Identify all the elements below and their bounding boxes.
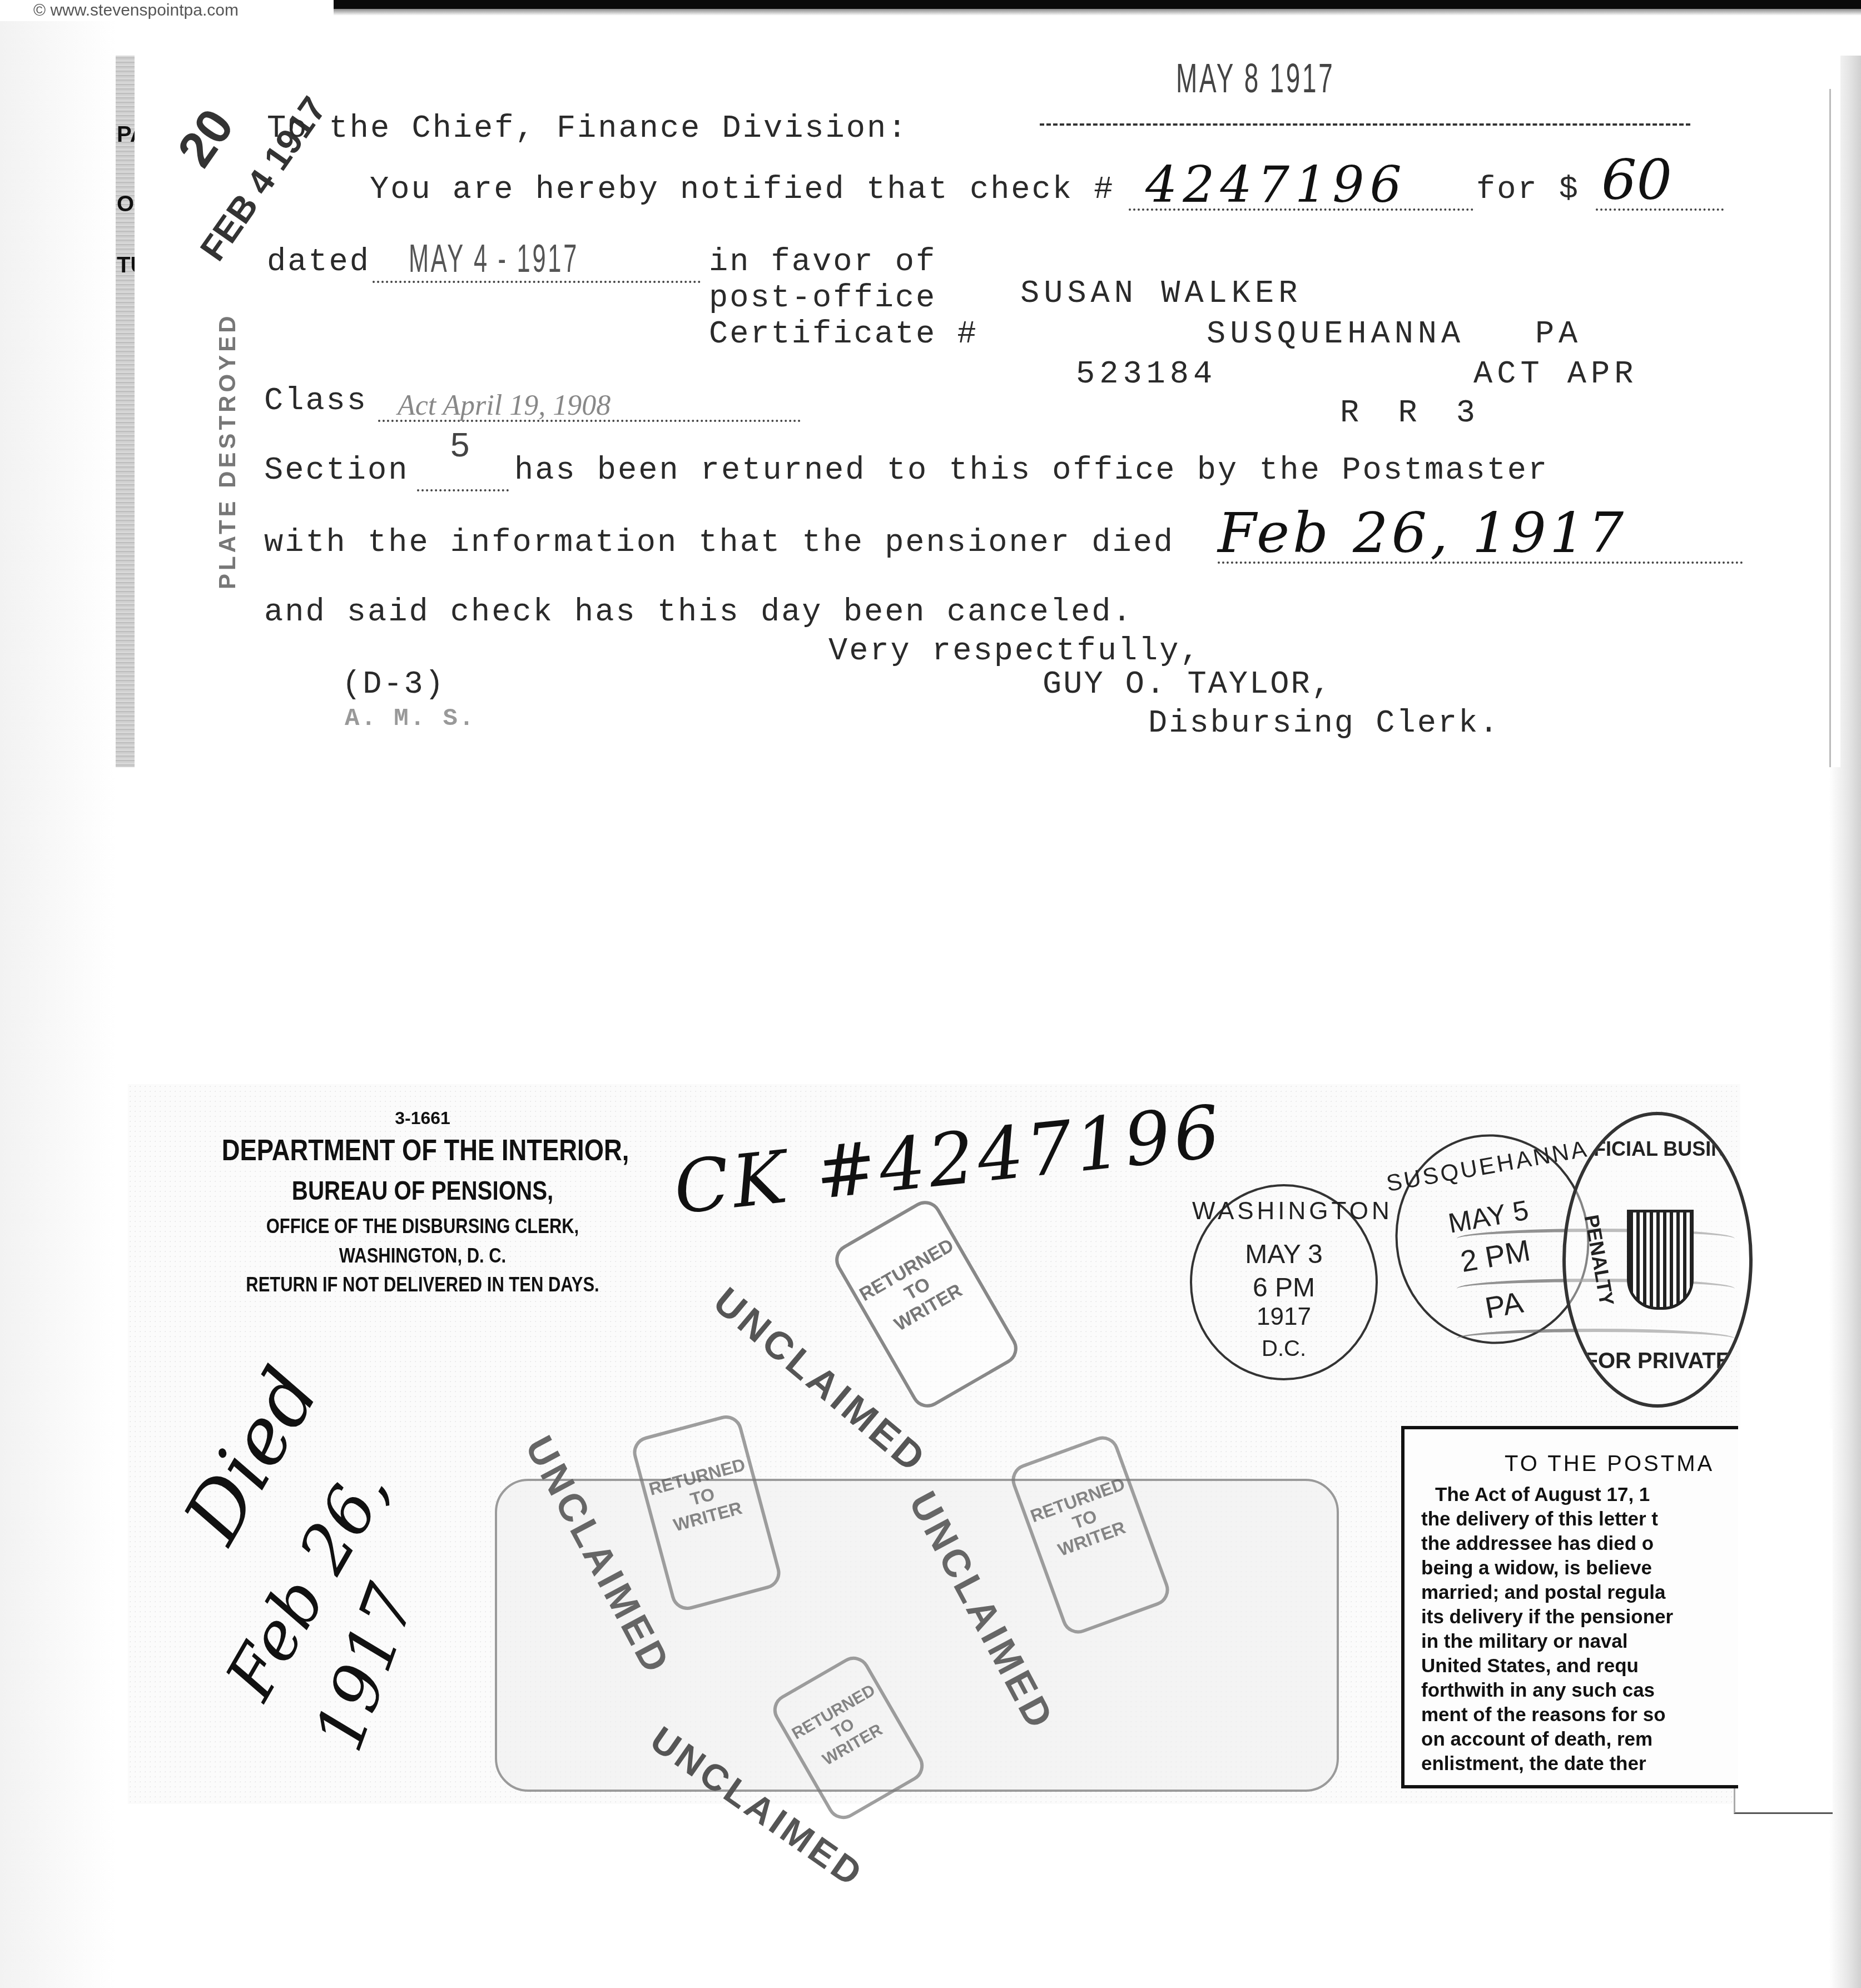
notice-line: ment of the reasons for so <box>1421 1704 1666 1726</box>
certificate-label: Certificate # <box>709 317 978 352</box>
info-text: with the information that the pensioner … <box>264 525 1174 561</box>
envelope-overlap-page <box>1734 1429 1833 1814</box>
seal-side-text: PENALTY <box>1578 1204 1620 1317</box>
notice-line: forthwith in any such cas <box>1421 1679 1655 1702</box>
dated-field <box>373 281 701 283</box>
envelope-return-notice: RETURN IF NOT DELIVERED IN TEN DAYS. <box>217 1273 628 1296</box>
check-number: 4247196 <box>1145 156 1407 214</box>
certificate-number: 523184 <box>1076 357 1217 392</box>
eagle-shield-icon <box>1627 1210 1694 1310</box>
in-favor-of-label: in favor of <box>709 245 936 280</box>
postmark-city: WASHINGTON <box>1192 1197 1376 1225</box>
postmark-state: D.C. <box>1192 1336 1376 1361</box>
notice-line: its delivery if the pensioner <box>1421 1606 1673 1628</box>
notice-line: married; and postal regula <box>1421 1582 1666 1604</box>
class-label: Class <box>264 384 368 419</box>
seal-bottom-text: FOR PRIVATE <box>1566 1349 1749 1374</box>
strip-text: PAI <box>117 122 135 147</box>
death-date-handwritten: Feb 26, 1917 <box>1218 500 1627 565</box>
notice-line: enlistment, the date ther <box>1421 1753 1646 1775</box>
signer-title: Disbursing Clerk. <box>1148 706 1500 742</box>
envelope-bureau: BUREAU OF PENSIONS, <box>222 1176 623 1206</box>
section-field <box>417 489 509 491</box>
header-rule <box>1040 123 1690 126</box>
scanner-top-edge <box>334 0 1861 9</box>
valediction: Very respectfully, <box>828 634 1201 669</box>
plate-destroyed-stamp: PLATE DESTROYED <box>214 312 241 589</box>
dated-value: MAY 4 - 1917 <box>409 236 579 281</box>
envelope-office: OFFICE OF THE DISBURSING CLERK, <box>217 1215 628 1238</box>
returned-text: has been returned to this office by the … <box>514 453 1549 489</box>
typist-initials: A. M. S. <box>345 705 475 733</box>
payee-city-state: SUSQUEHANNA PA <box>1207 317 1582 352</box>
form-code: (D-3) <box>342 667 445 703</box>
amount: 60 <box>1601 147 1672 212</box>
notice-line: United States, and requ <box>1421 1655 1639 1677</box>
envelope-city: WASHINGTON, D. C. <box>217 1244 628 1268</box>
notice-line: in the military or naval <box>1421 1631 1628 1653</box>
for-amount-label: for $ <box>1476 172 1580 208</box>
letter-edge <box>1829 89 1831 767</box>
dated-label: dated <box>267 245 370 280</box>
envelope-department: DEPARTMENT OF THE INTERIOR, <box>222 1133 623 1167</box>
notice-title: TO THE POSTMA <box>1505 1452 1714 1477</box>
act-reference: ACT APR <box>1473 357 1637 392</box>
seal-top-text: OFFICIAL BUSINESS <box>1566 1137 1749 1161</box>
postmark-date: MAY 3 <box>1192 1239 1376 1270</box>
received-date-stamp: MAY 8 1917 <box>1176 54 1334 102</box>
postmark-year: 1917 <box>1192 1303 1376 1331</box>
rural-route: R R 3 <box>1340 396 1485 431</box>
postmark-time: 6 PM <box>1192 1273 1376 1303</box>
section-label: Section <box>264 453 409 489</box>
official-business-seal: OFFICIAL BUSINESS PENALTY FOR PRIVATE <box>1562 1112 1753 1408</box>
scanner-top-shadow <box>334 9 1861 16</box>
underlying-document-strip <box>116 56 135 767</box>
notice-line: the addressee has died o <box>1421 1533 1654 1555</box>
notice-line-prefix: You are hereby notified that check # <box>370 172 1114 208</box>
scan-background-left <box>0 21 117 1988</box>
envelope-form-number: 3-1661 <box>311 1108 534 1129</box>
class-value: Act April 19, 1908 <box>398 389 611 422</box>
closing-line: and said check has this day been cancele… <box>264 595 1133 630</box>
notice-line: the delivery of this letter t <box>1421 1508 1658 1530</box>
strip-text: TU <box>117 253 135 278</box>
post-office-label: post-office <box>709 281 936 316</box>
payee-name: SUSAN WALKER <box>1020 276 1302 312</box>
notice-line: being a widow, is believe <box>1421 1557 1652 1579</box>
signer-name: GUY O. TAYLOR, <box>1043 667 1332 703</box>
copyright-watermark: © www.stevenspointpa.com <box>0 0 334 21</box>
notice-to-postmaster: TO THE POSTMA The Act of August 17, 1 th… <box>1401 1426 1738 1788</box>
salutation: To the Chief, Finance Division: <box>267 111 908 147</box>
notice-line: The Act of August 17, 1 <box>1435 1484 1650 1506</box>
strip-text: OFF <box>117 192 135 217</box>
section-value: 5 <box>450 425 469 465</box>
postmark-washington: WASHINGTON MAY 3 6 PM 1917 D.C. <box>1190 1184 1378 1380</box>
notice-line: on account of death, rem <box>1421 1728 1652 1751</box>
